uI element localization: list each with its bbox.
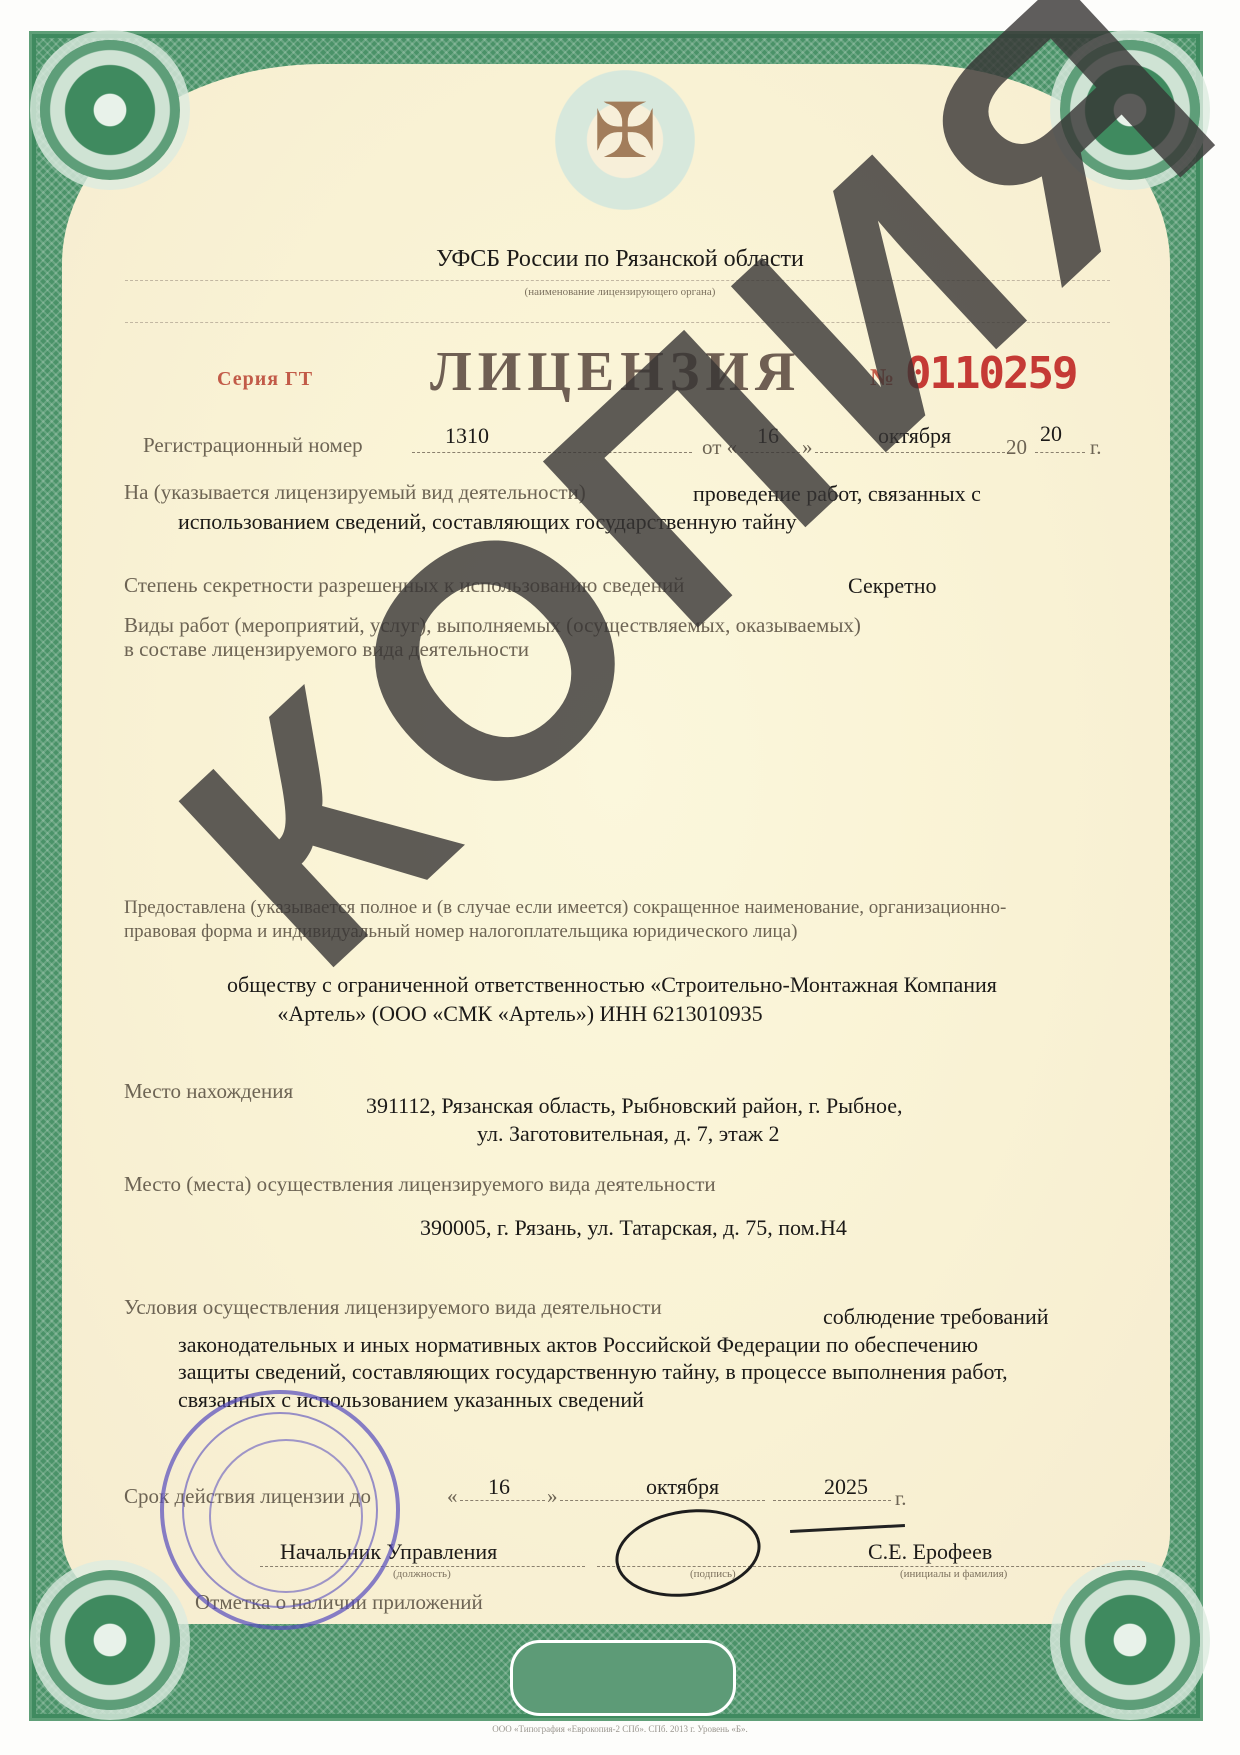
registration-label: Регистрационный номер	[143, 433, 363, 458]
official-seal-icon	[160, 1390, 400, 1630]
name-underline	[855, 1566, 1145, 1567]
location-value-line1: 391112, Рязанская область, Рыбновский ра…	[366, 1093, 903, 1119]
name-caption: (инициалы и фамилия)	[900, 1568, 1007, 1580]
validity-day: 16	[488, 1474, 510, 1500]
rosette-top-left-icon	[40, 40, 180, 180]
registration-year: 20	[1040, 421, 1062, 447]
rosette-bottom-right-icon	[1060, 1570, 1200, 1710]
validity-day-underline	[460, 1500, 545, 1501]
validity-month-underline	[560, 1500, 765, 1501]
location-label: Место нахождения	[124, 1079, 293, 1104]
seal-inner-ring	[209, 1439, 363, 1593]
activity-place-label: Место (места) осуществления лицензируемо…	[124, 1172, 716, 1197]
printer-imprint: ООО «Типография «Еврокопия-2 СПб». СПб. …	[0, 1724, 1240, 1734]
rosette-bottom-left-icon	[40, 1570, 180, 1710]
year-suffix: г.	[1090, 435, 1102, 460]
conditions-value-line2: законодательных и иных нормативных актов…	[178, 1332, 978, 1358]
bottom-ornament-panel	[510, 1640, 736, 1716]
validity-year: 2025	[824, 1474, 868, 1500]
activity-place-value: 390005, г. Рязань, ул. Татарская, д. 75,…	[420, 1215, 847, 1241]
validity-year-suffix: г.	[895, 1486, 907, 1511]
validity-year-underline	[773, 1500, 891, 1501]
double-headed-eagle-icon: ✠	[590, 85, 660, 180]
position-caption: (должность)	[393, 1568, 451, 1580]
series-label: Серия ГТ	[217, 368, 313, 391]
validity-month: октября	[646, 1474, 719, 1500]
conditions-label: Условия осуществления лицензируемого вид…	[124, 1295, 662, 1320]
granted-value-line2: «Артель» (ООО «СМК «Артель») ИНН 6213010…	[0, 1001, 1040, 1027]
conditions-value-line1: соблюдение требований	[823, 1304, 1049, 1330]
location-value-line2: ул. Заготовительная, д. 7, этаж 2	[477, 1121, 780, 1147]
validity-open-quote: «	[447, 1484, 458, 1509]
conditions-value-line3: защиты сведений, составляющих государств…	[178, 1359, 1008, 1385]
year-underline	[1035, 452, 1085, 453]
validity-close-quote: »	[547, 1484, 558, 1509]
signatory-name: С.Е. Ерофеев	[868, 1539, 992, 1565]
